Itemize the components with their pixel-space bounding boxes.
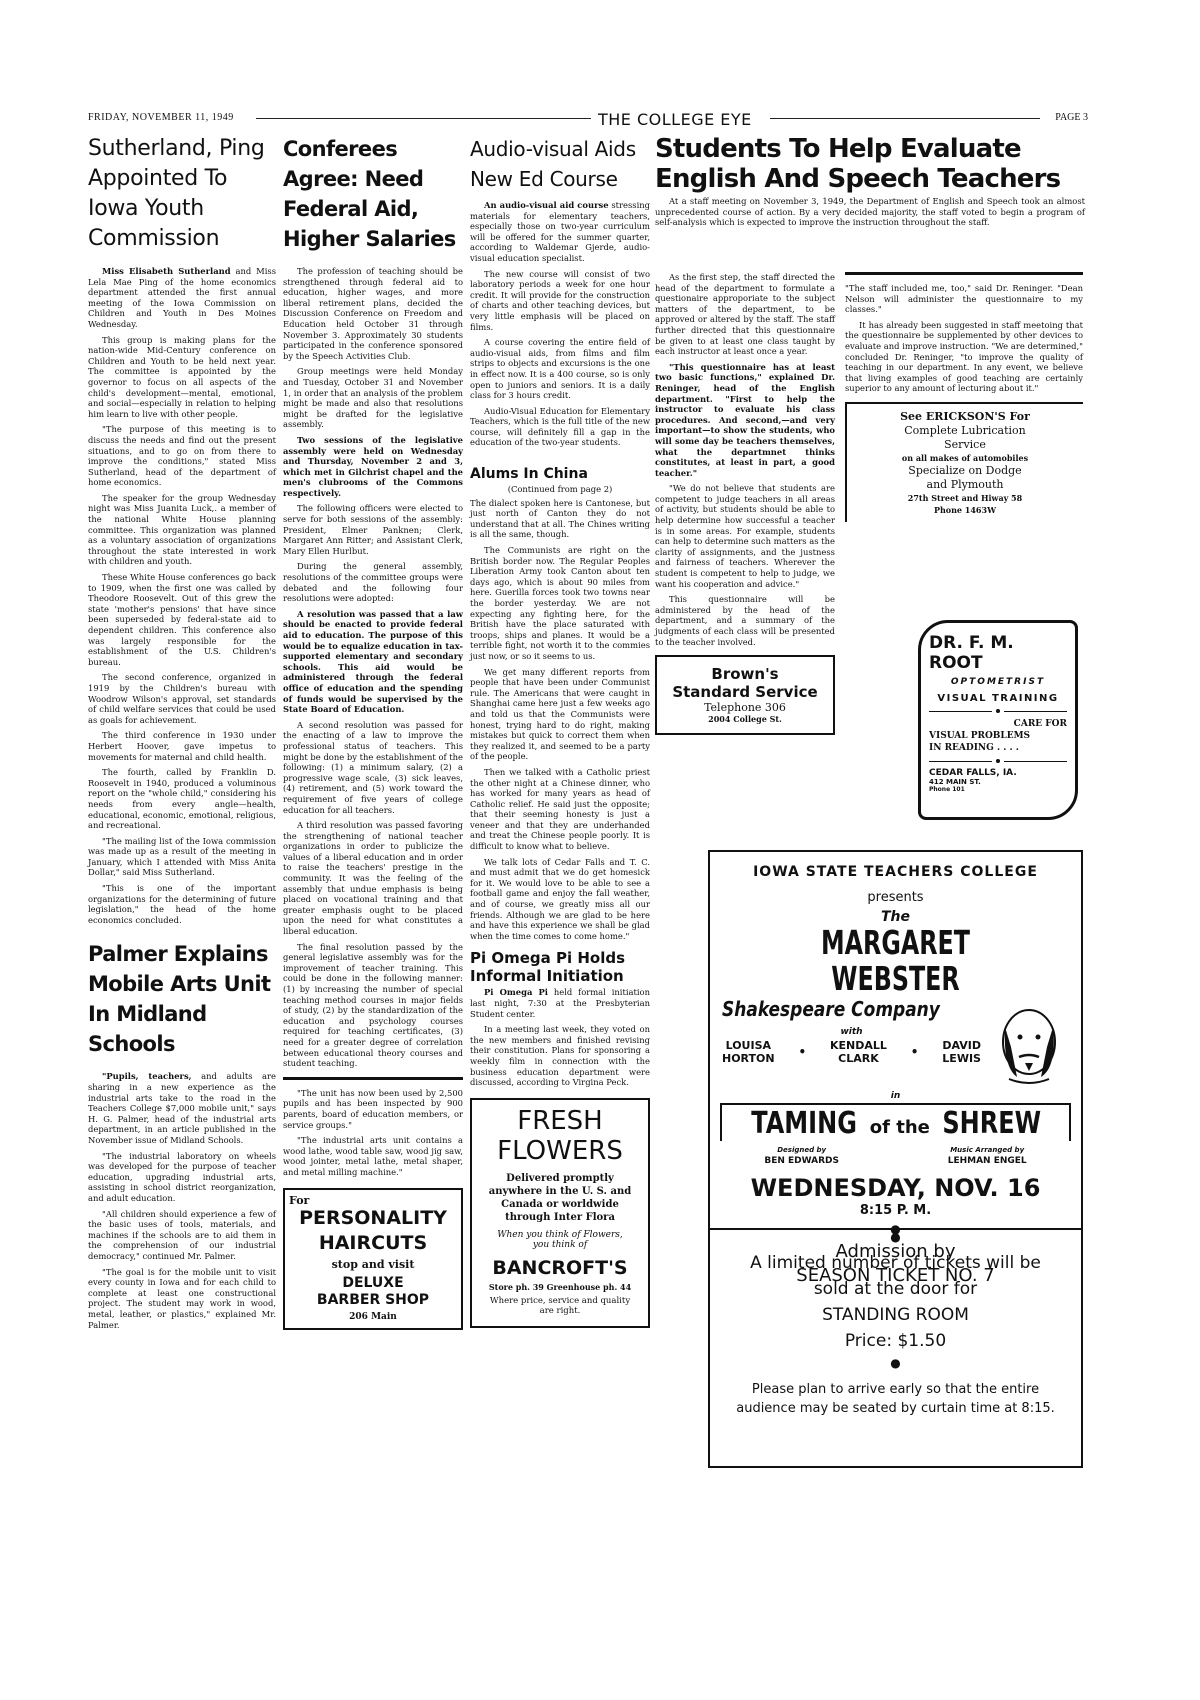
headline-palmer: Palmer Explains Mobile Arts Unit In Midl… — [88, 939, 276, 1059]
lead-bold: An audio-visual aid course — [484, 200, 609, 210]
headline-audiovisual: Audio-visual Aids New Ed Course — [470, 134, 650, 194]
headline-sutherland: Sutherland, Ping Appointed To Iowa Youth… — [88, 134, 276, 254]
paragraph: The dialect spoken here is Cantonese, bu… — [470, 498, 650, 540]
paragraph: "The purpose of this meeting is to discu… — [88, 424, 276, 488]
paragraph: As the first step, the staff directed th… — [655, 272, 835, 357]
intro-paragraph: At a staff meeting on November 3, 1949, … — [655, 196, 1085, 228]
paper-title: THE COLLEGE EYE — [598, 110, 752, 129]
lead-bold: Miss Elisabeth Sutherland — [102, 266, 231, 276]
masthead-rule-left — [256, 118, 591, 119]
shakespeare-portrait-icon — [989, 997, 1069, 1087]
paragraph: The Communists are right on the British … — [470, 545, 650, 662]
paragraph-bold: Two sessions of the legislative assembly… — [283, 435, 463, 499]
paragraph: This group is making plans for the natio… — [88, 335, 276, 420]
actor-horton: LOUISAHORTON — [722, 1039, 775, 1065]
issue-date: FRIDAY, NOVEMBER 11, 1949 — [88, 112, 234, 123]
paragraph: Group meetings were held Monday and Tues… — [283, 366, 463, 430]
paragraph: The following officers were elected to s… — [283, 503, 463, 556]
masthead-rule-right — [770, 118, 1040, 119]
article-students: Students To Help Evaluate English And Sp… — [655, 134, 1085, 233]
paragraph: Audio-Visual Education for Elementary Te… — [470, 406, 650, 448]
play-ad-continued: ● A limited number of tickets will be so… — [708, 1228, 1083, 1468]
paragraph: "The industrial arts unit contains a woo… — [283, 1135, 463, 1177]
cast-list: LOUISAHORTON • KENDALLCLARK • DAVIDLEWIS — [722, 1039, 981, 1065]
divider — [845, 272, 1083, 275]
shakespeare-play-ad: IOWA STATE TEACHERS COLLEGE presents The… — [708, 850, 1083, 1230]
paragraph: A third resolution was passed favoring t… — [283, 820, 463, 937]
paragraph: In a meeting last week, they voted on th… — [470, 1024, 650, 1088]
column-2: Conferees Agree: Need Federal Aid, Highe… — [283, 134, 463, 1330]
continued-note: (Continued from page 2) — [470, 484, 650, 495]
masthead: FRIDAY, NOVEMBER 11, 1949 THE COLLEGE EY… — [88, 110, 1088, 126]
paragraph: "The goal is for the mobile unit to visi… — [88, 1267, 276, 1331]
dr-root-optometrist-ad: DR. F. M. ROOT OPTOMETRIST VISUAL TRAINI… — [918, 620, 1078, 820]
paragraph: The speaker for the group Wednesday nigh… — [88, 493, 276, 567]
paragraph: It has already been suggested in staff m… — [845, 320, 1083, 394]
paragraph: We get many different reports from peopl… — [470, 667, 650, 762]
barber-shop-ad: For PERSONALITY HAIRCUTS stop and visit … — [283, 1188, 463, 1331]
column-4: As the first step, the staff directed th… — [655, 272, 835, 735]
paragraph: A course covering the entire field of au… — [470, 337, 650, 401]
paragraph: These White House conferences go back to… — [88, 572, 276, 667]
divider — [929, 709, 1067, 713]
paragraph: "The mailing list of the Iowa commission… — [88, 836, 276, 878]
paragraph: The third conference in 1930 under Herbe… — [88, 730, 276, 762]
paragraph: "The industrial laboratory on wheels was… — [88, 1151, 276, 1204]
paragraph: During the general assembly, resolutions… — [283, 561, 463, 603]
paragraph: Then we talked with a Catholic priest th… — [470, 767, 650, 852]
paragraph: The final resolution passed by the gener… — [283, 942, 463, 1069]
column-1: Sutherland, Ping Appointed To Iowa Youth… — [88, 134, 276, 1335]
paragraph: We talk lots of Cedar Falls and T. C. an… — [470, 857, 650, 942]
paragraph: "The staff included me, too," said Dr. R… — [845, 283, 1083, 315]
paragraph-bold: "This questionnaire has at least two bas… — [655, 362, 835, 479]
play-title-banner: TAMINGof theSHREW — [720, 1103, 1071, 1141]
actor-lewis: DAVIDLEWIS — [942, 1039, 981, 1065]
credits: Designed byBEN EDWARDS Music Arranged by… — [710, 1145, 1081, 1167]
flowers-ad: FRESH FLOWERS Delivered promptly anywher… — [470, 1098, 650, 1328]
paragraph: The fourth, called by Franklin D. Roosev… — [88, 767, 276, 831]
erickson-ad: See ERICKSON'S For Complete Lubrication … — [845, 402, 1083, 522]
paragraph: A second resolution was passed for the e… — [283, 720, 463, 815]
column-5: "The staff included me, too," said Dr. R… — [845, 272, 1083, 522]
paragraph: "All children should experience a few of… — [88, 1209, 276, 1262]
paragraph: The profession of teaching should be str… — [283, 266, 463, 361]
paragraph: "We do not believe that students are com… — [655, 483, 835, 589]
paragraph: "The unit has now been used by 2,500 pup… — [283, 1088, 463, 1130]
lead-bold: "Pupils, teachers, — [102, 1071, 192, 1081]
divider — [929, 759, 1067, 763]
headline-conferees: Conferees Agree: Need Federal Aid, Highe… — [283, 134, 463, 254]
paragraph: "This is one of the important organizati… — [88, 883, 276, 925]
paragraph: This questionnaire will be administered … — [655, 594, 835, 647]
browns-standard-ad: Brown's Standard Service Telephone 306 2… — [655, 655, 835, 735]
paragraph: The second conference, organized in 1919… — [88, 672, 276, 725]
column-3: Audio-visual Aids New Ed Course An audio… — [470, 134, 650, 1328]
paragraph: The new course will consist of two labor… — [470, 269, 650, 333]
actor-clark: KENDALLCLARK — [830, 1039, 887, 1065]
divider — [283, 1077, 463, 1080]
page-number: PAGE 3 — [1055, 112, 1088, 123]
headline-piomega: Pi Omega Pi Holds Informal Initiation — [470, 949, 650, 985]
headline-china: Alums In China — [470, 466, 650, 482]
headline-students: Students To Help Evaluate English And Sp… — [655, 134, 1085, 194]
paragraph-bold: A resolution was passed that a law shoul… — [283, 609, 463, 715]
lead-bold: Pi Omega Pi — [484, 987, 548, 997]
